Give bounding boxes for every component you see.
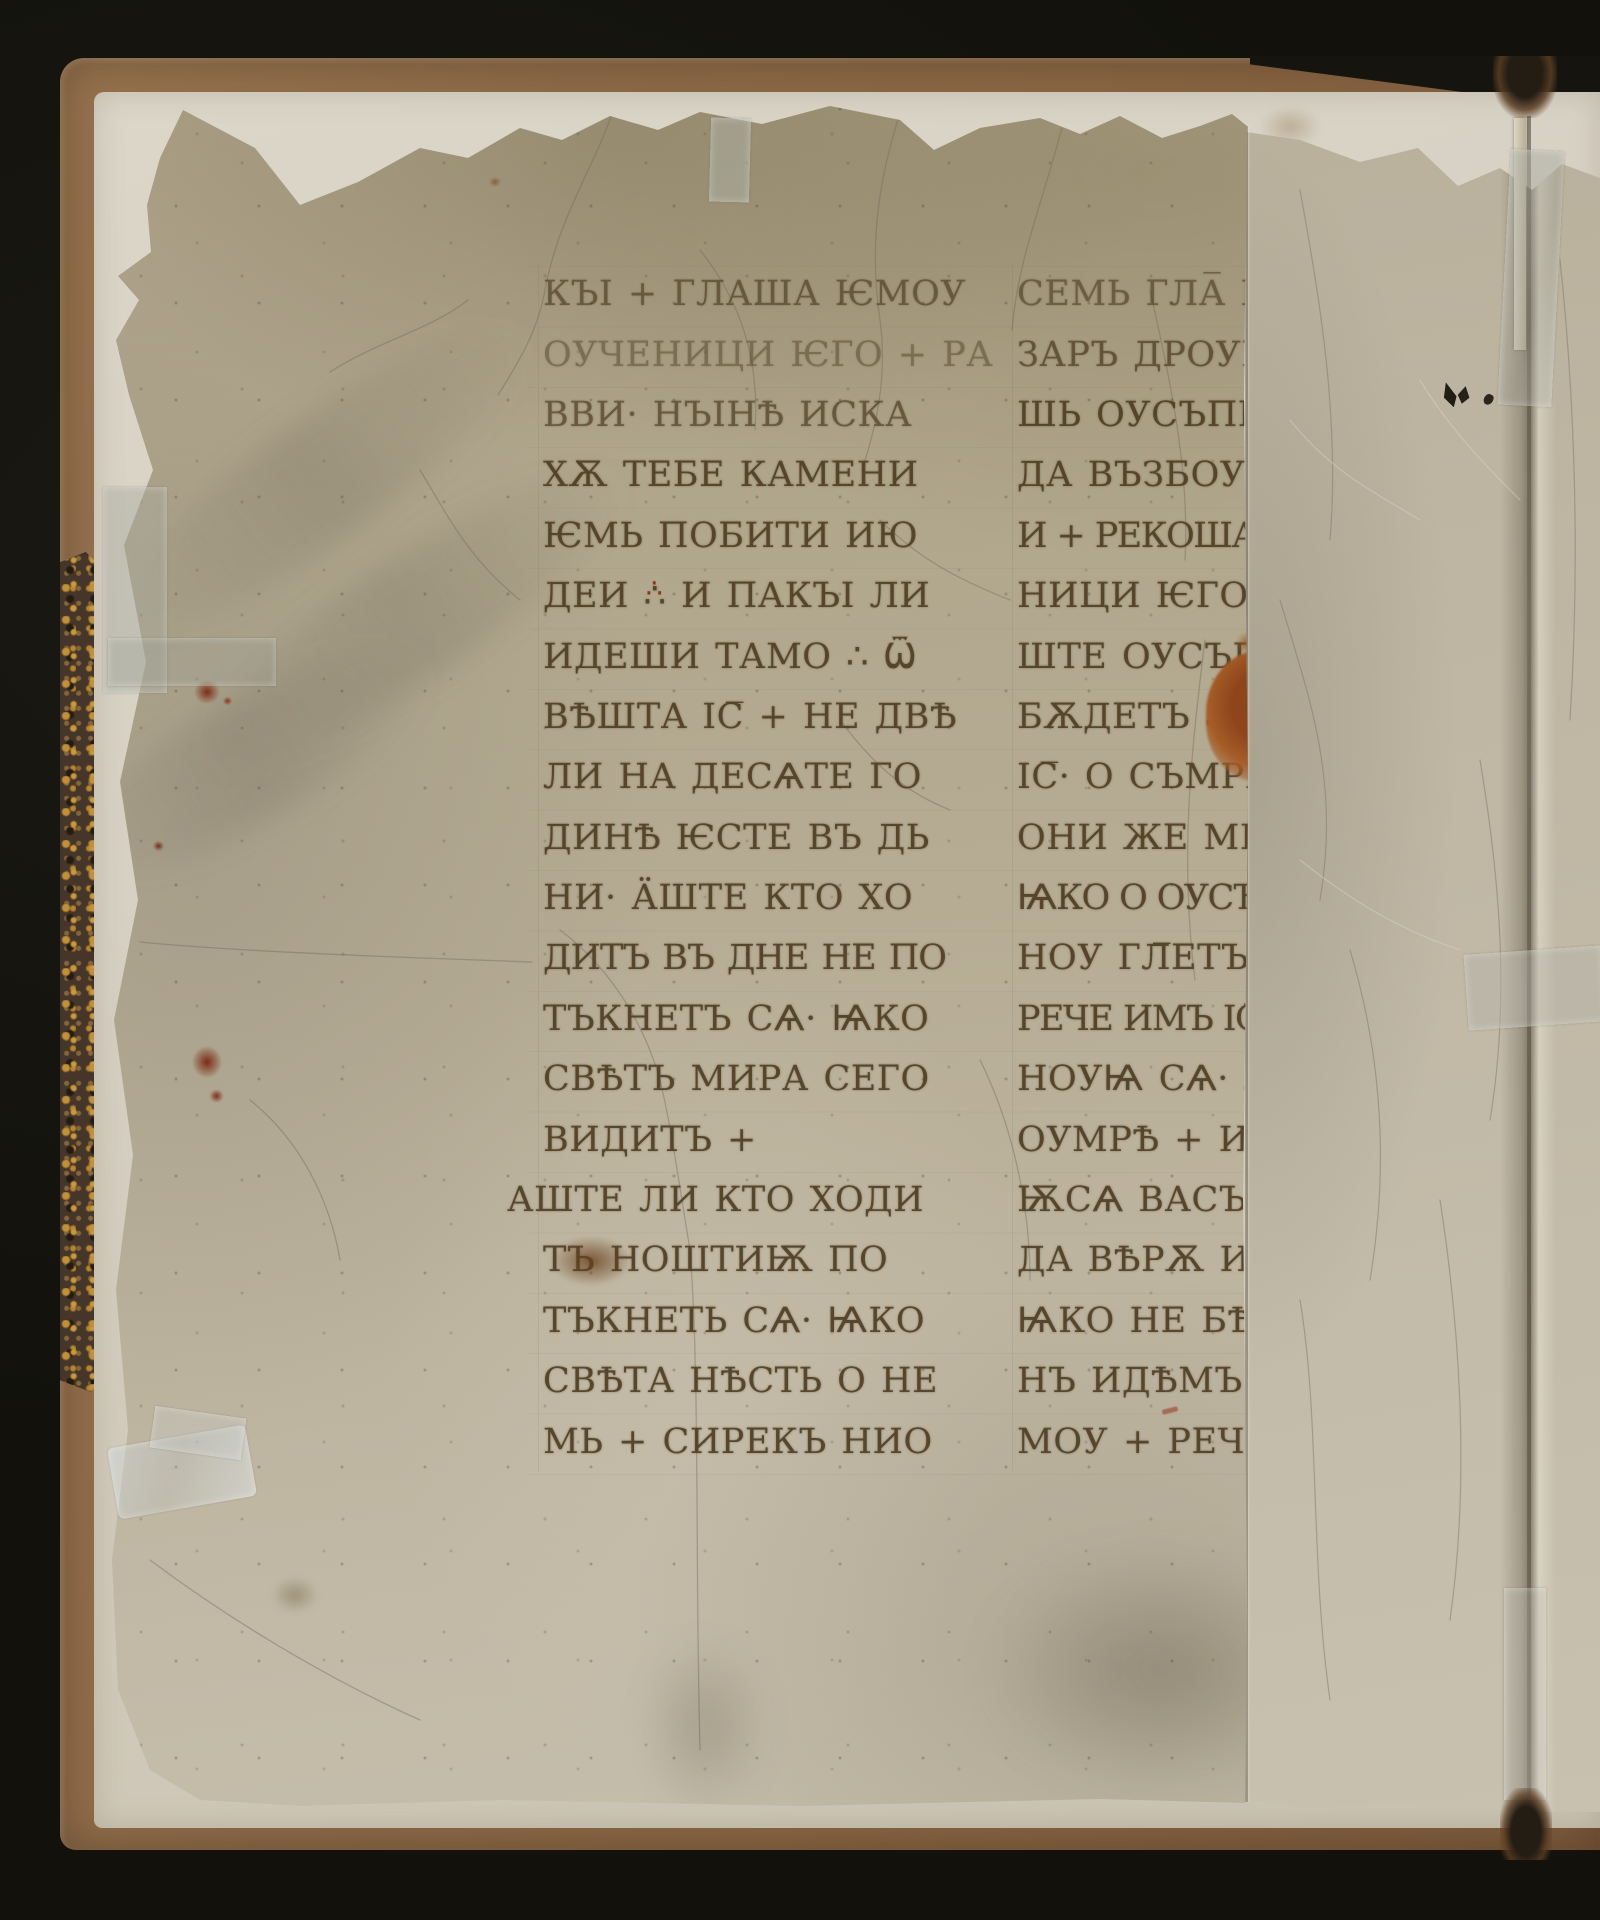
- text-line: СВѢТА НѢСТЬ О НЕ: [543, 1351, 993, 1411]
- text-line: ДЕИ ∴ И ПАКЪІ ЛИ: [543, 566, 993, 626]
- damp-stain: [630, 1620, 780, 1830]
- rubric-mark: ∴: [646, 574, 663, 604]
- text-line: МЬ + СИРЕКЪ НИО: [543, 1411, 993, 1471]
- text-line: КЪІ + ГЛАША ѤМОУ: [543, 264, 993, 324]
- black-ink-mark: [1440, 380, 1480, 416]
- text-line: СВѢТЪ МИРА СЕГО: [543, 1049, 993, 1109]
- text-line: ВИДИТЪ +: [543, 1109, 993, 1169]
- text-line: ХѪ ТЕБЕ КАМЕНИ: [543, 445, 993, 505]
- text-line: ТЪКНЕТЪ СѦ· ѨКО: [543, 989, 993, 1049]
- text-line: ВВИ· НЪІНѢ ИСКА: [543, 385, 993, 445]
- text-column-left: КЪІ + ГЛАША ѤМОУОУЧЕНИЦИ ѤГО + РАВВИ· НЪ…: [538, 264, 993, 1472]
- conservation-tape-gutter-bottom: [1504, 1588, 1546, 1800]
- text-line: ДИНѢ ѤСТЕ ВЪ ДЬ: [543, 808, 993, 868]
- text-line: ТЪКНЕТЬ СѦ· ѨКО: [543, 1291, 993, 1351]
- text-line: ДИТЪ ВЪ ДНЕ НЕ ПО: [543, 928, 993, 988]
- conservation-tape-gutter-middle: [1464, 945, 1600, 1030]
- text-line: АШТЕ ЛИ КТО ХОДИ: [507, 1170, 993, 1230]
- conservation-tape-top: [709, 117, 751, 202]
- red-stain: [222, 696, 233, 706]
- conservation-tape-left-horizontal: [108, 638, 276, 686]
- red-stain: [192, 1046, 222, 1078]
- red-stain: [152, 840, 165, 852]
- red-stain: [488, 176, 502, 188]
- text-line: ВѢШТА ІС̅ + НЕ ДВѢ: [543, 687, 993, 747]
- red-stain: [208, 1088, 225, 1104]
- red-pen-trial: [1162, 1406, 1179, 1415]
- text-line: НИ· ӒШТЕ КТО ХО: [543, 868, 993, 928]
- text-line: ТЪ НОШТИѬ ПО: [543, 1230, 993, 1290]
- text-line: ЛИ НА ДЕСѦТЕ ГО: [543, 747, 993, 807]
- binding-notch-bottom: [1500, 1788, 1552, 1860]
- ink-blot: [550, 1236, 632, 1286]
- text-line: ѤМЬ ПОБИТИ ИЮ: [543, 506, 993, 566]
- binding-notch-top: [1493, 56, 1557, 118]
- text-line: ИДЕШИ ТАМО ∴ Ѿ: [543, 626, 993, 686]
- lighting-shadow: [161, 425, 659, 815]
- olive-stain: [266, 1572, 324, 1618]
- manuscript-photo: КЪІ + ГЛАША ѤМОУОУЧЕНИЦИ ѤГО + РАВВИ· НЪ…: [0, 0, 1600, 1920]
- text-line: ОУЧЕНИЦИ ѤГО + РА: [543, 324, 993, 384]
